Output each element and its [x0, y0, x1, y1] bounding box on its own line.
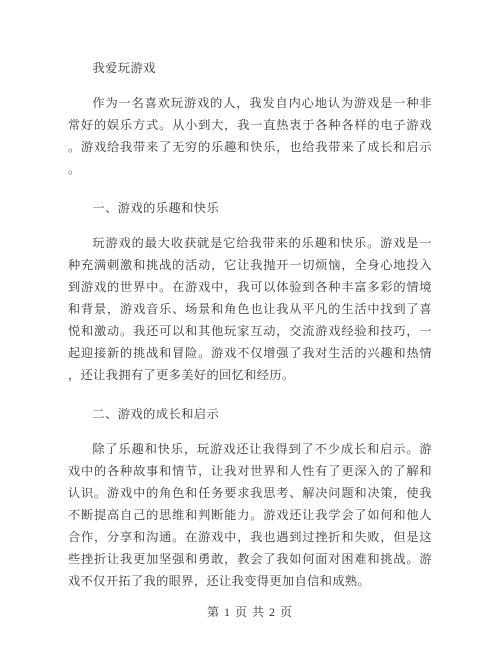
section-1-paragraph: 玩游戏的最大收获就是它给我带来的乐趣和快乐。游戏是一种充满刺激和挑战的活动，它让… — [68, 232, 432, 386]
page-number-indicator: 第 1 页 共 2 页 — [0, 603, 500, 621]
section-2-paragraph: 除了乐趣和快乐，玩游戏还让我得到了不少成长和启示。游戏中的各种故事和情节，让我对… — [68, 438, 432, 592]
section-2-heading: 二、游戏的成长和启示 — [68, 403, 432, 425]
document-page: 我爱玩游戏 作为一名喜欢玩游戏的人，我发自内心地认为游戏是一种非常好的娱乐方式。… — [0, 0, 500, 647]
intro-paragraph: 作为一名喜欢玩游戏的人，我发自内心地认为游戏是一种非常好的娱乐方式。从小到大，我… — [68, 92, 432, 180]
section-1-heading: 一、游戏的乐趣和快乐 — [68, 197, 432, 219]
document-title: 我爱玩游戏 — [68, 57, 432, 79]
